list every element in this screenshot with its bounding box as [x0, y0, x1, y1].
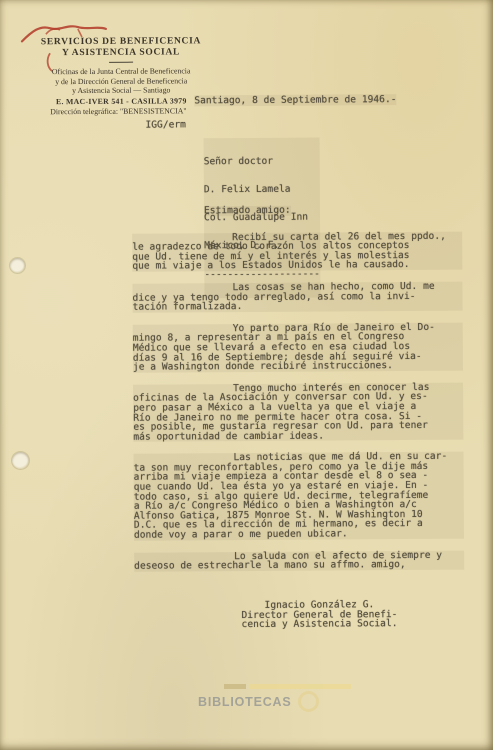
letterhead-divider — [109, 62, 133, 63]
paragraph-5: Las noticias que me dá Ud. en su car- ta… — [133, 452, 464, 540]
signature-block: Ignacio González G. Director General de … — [226, 600, 412, 631]
watermark-bar-large — [249, 684, 351, 689]
dateline: Santiago, 8 de Septiembre de 1946.- — [194, 94, 396, 106]
library-watermark: BIBLIOTECAS — [198, 684, 351, 712]
watermark-label: BIBLIOTECAS — [198, 695, 292, 709]
punch-hole-top — [10, 258, 25, 273]
scanned-letter-page: SERVICIOS DE BENEFICENCIA Y ASISTENCIA S… — [0, 0, 493, 750]
recipient-honorific: Señor doctor — [204, 156, 320, 166]
signature-title-line2: cencia y Asistencia Social. — [226, 619, 412, 630]
letter-body: Estimado amigo: Recibí su carta del 26 d… — [132, 205, 465, 631]
paragraph-4: Tengo mucho interés en conocer las ofici… — [133, 382, 463, 442]
punch-hole-bottom — [12, 452, 29, 469]
recipient-name: D. Felix Lamela — [204, 185, 320, 195]
paragraph-3: Yo parto para Río de Janeiro el Do- ming… — [133, 322, 463, 372]
paragraph-2: Las cosas se han hecho, como Ud. me dice… — [132, 282, 462, 313]
paragraph-1: Recibí su carta del 26 del mes ppdo., le… — [132, 231, 462, 271]
closing-paragraph: Lo saluda con el afecto de siempre y des… — [134, 550, 464, 571]
watermark-logo-icon — [298, 691, 319, 712]
org-name-line2: Y ASISTENCIA SOCIAL — [10, 47, 232, 59]
watermark-bars — [224, 684, 351, 689]
org-name-line1: SERVICIOS DE BENEFICENCIA — [10, 36, 232, 48]
watermark-bar-small — [224, 684, 246, 689]
telegraph-address-line: Dirección telegráfica: "BENESISTENCIA" — [4, 106, 232, 117]
dateline-text: Santiago, 8 de Septiembre de 1946.- — [194, 94, 396, 106]
salutation: Estimado amigo: — [204, 206, 291, 216]
reference-initials: IGG/erm — [145, 119, 186, 130]
